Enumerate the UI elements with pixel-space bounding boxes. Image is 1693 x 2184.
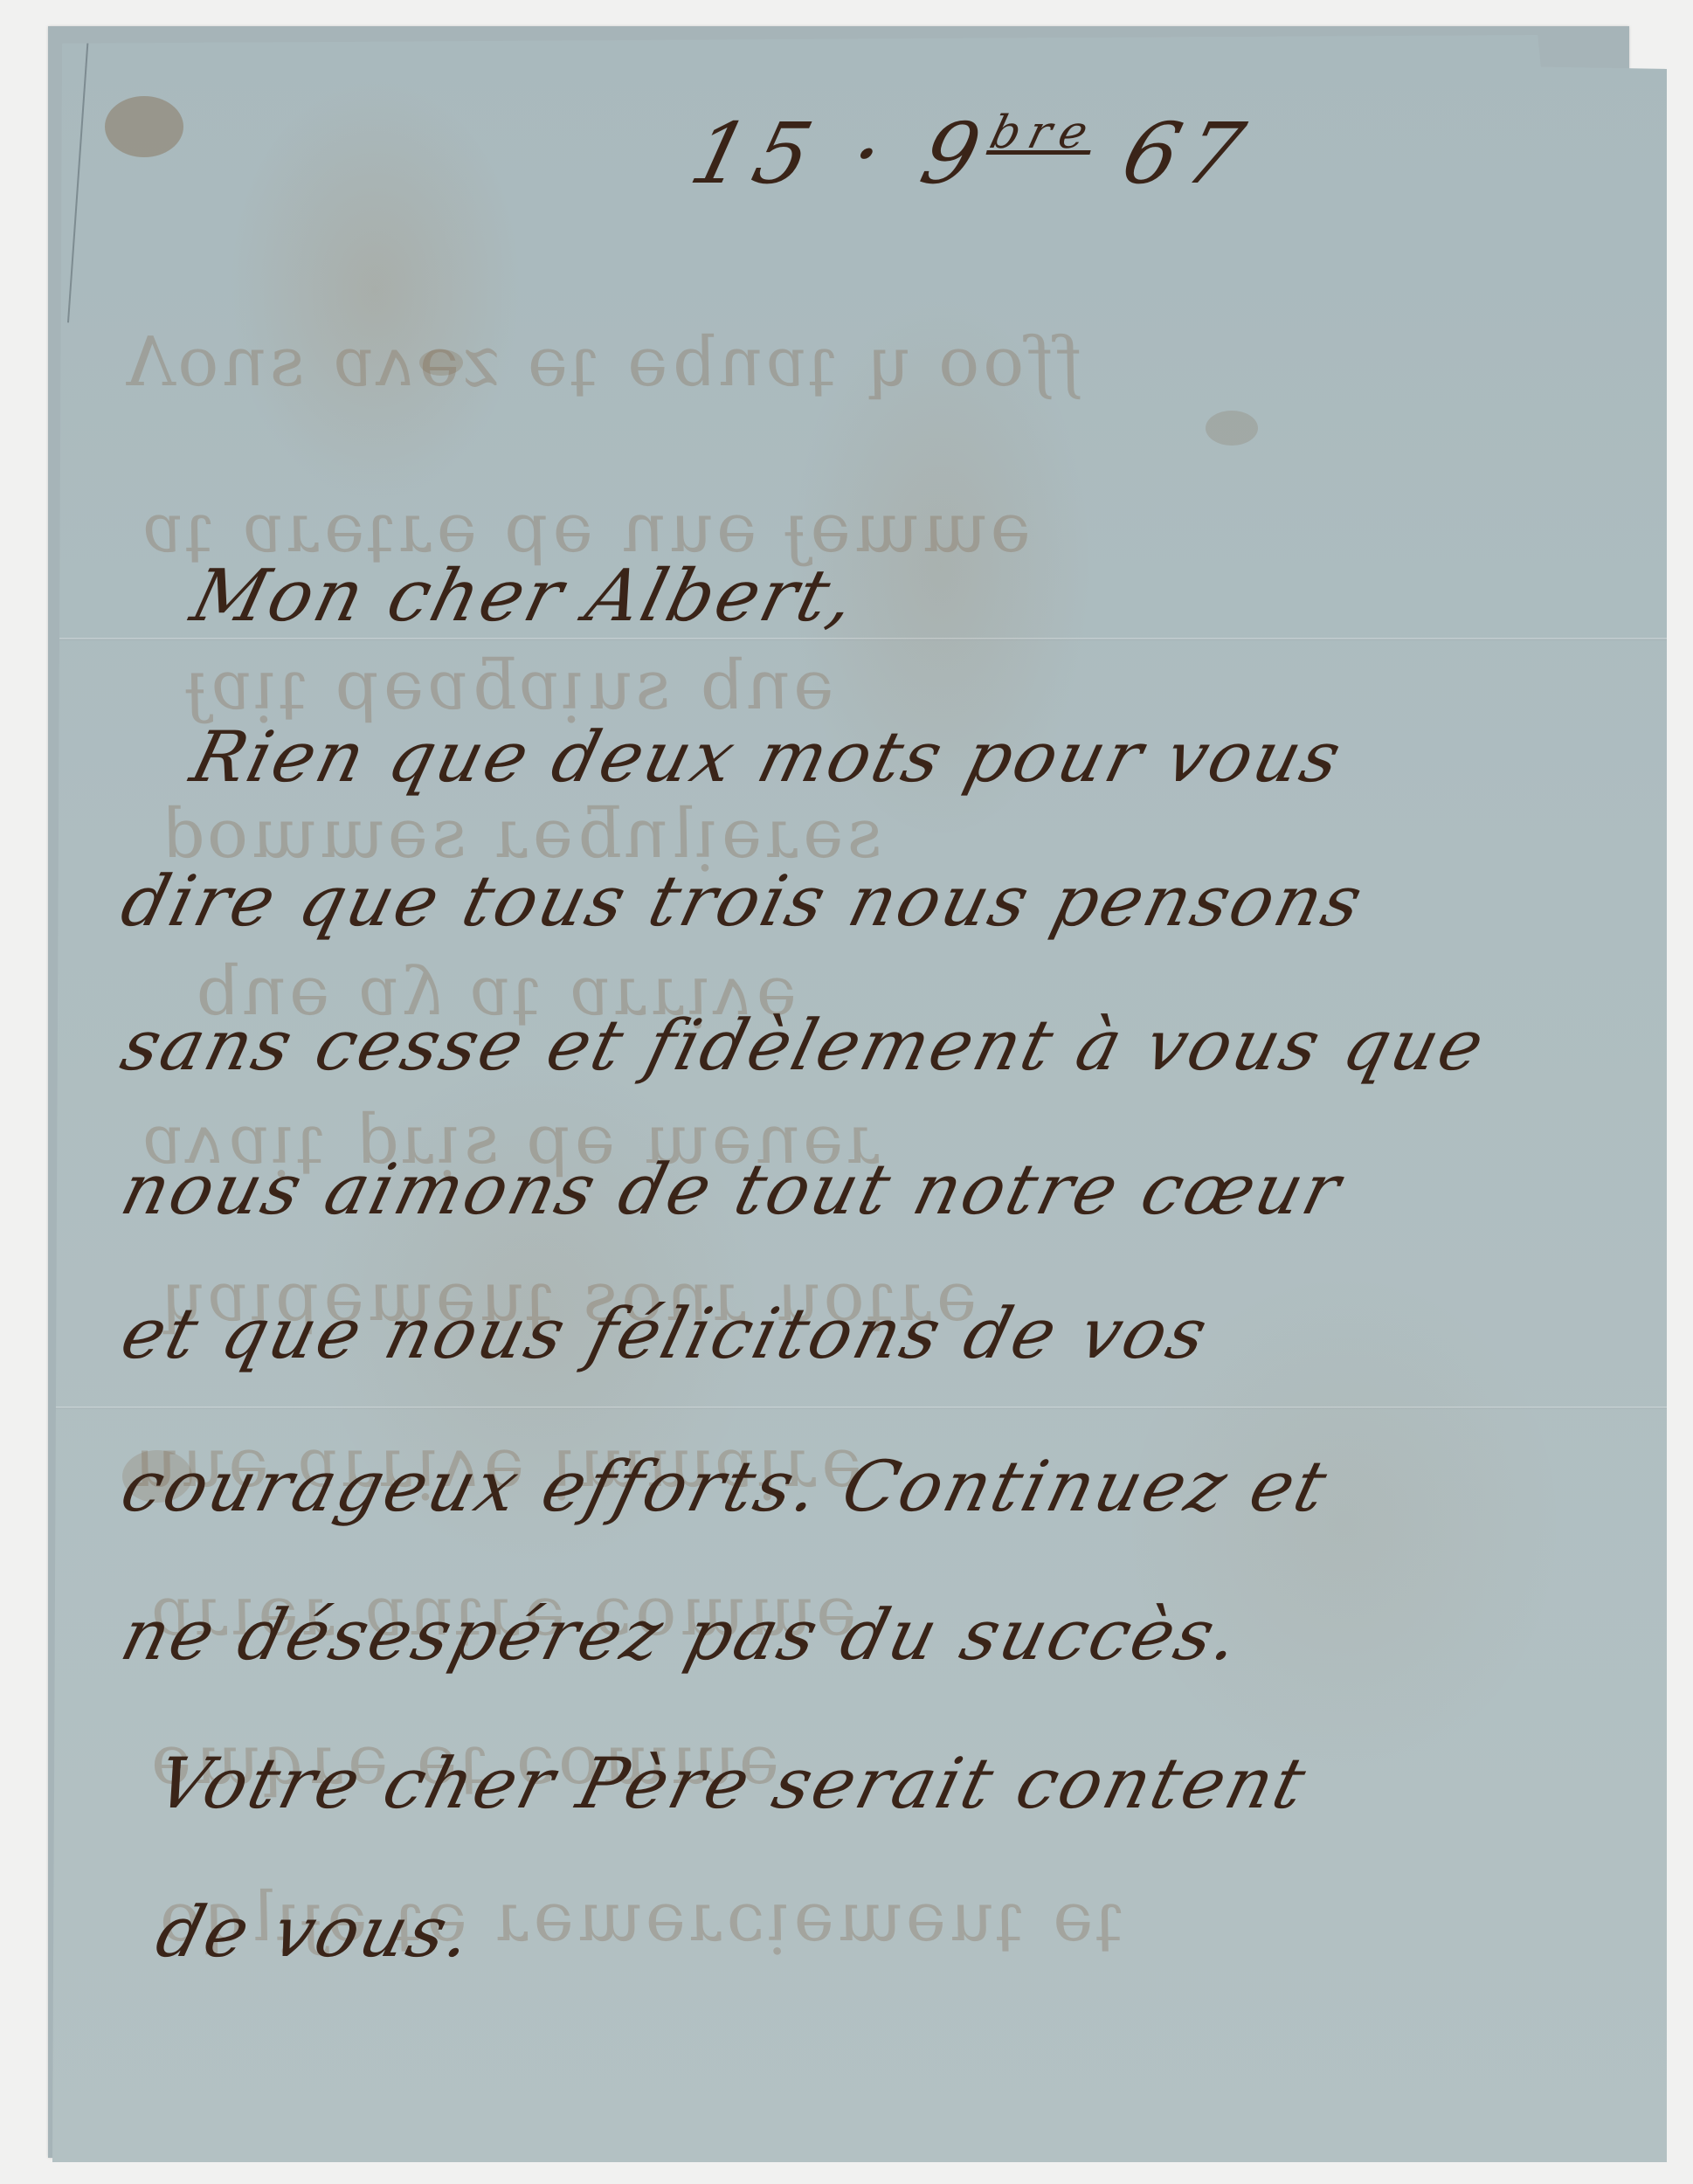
- date-year: 67: [1113, 105, 1261, 203]
- letter-body-line: dire que tous trois nous pensons: [114, 860, 1372, 942]
- letter-body-line: ne désespérez pas du succès.: [114, 1594, 1250, 1676]
- letter-page: ffoo ɥ ʇɐnbǝ ʇǝ zǝʌɐ snoΛ ǝɯɯǝɟ ǝun ǝp ǝ…: [52, 35, 1667, 2162]
- letter-body-line: nous aimons de tout notre cœur: [114, 1149, 1351, 1230]
- reverse-show-through: ffoo ɥ ʇɐnbǝ ʇǝ zǝʌɐ snoΛ ǝɯɯǝɟ ǝun ǝp ǝ…: [52, 35, 1667, 2162]
- fold-line: [52, 1406, 1667, 1409]
- letter-body-line: courageux efforts. Continuez et: [114, 1446, 1337, 1527]
- page-crease: [67, 35, 89, 322]
- letter-body-line: et que nous félicitons de vos: [114, 1293, 1218, 1374]
- letter-body-line: Rien que deux mots pour vous: [183, 716, 1351, 798]
- ink-stain: [105, 96, 183, 157]
- date-month-suffix: bre: [985, 107, 1102, 159]
- fold-line: [52, 638, 1667, 640]
- letter-body-line: sans cesse et fidèlement à vous que: [114, 1005, 1494, 1086]
- letter-body-line: de vous.: [149, 1891, 483, 1973]
- ink-stain: [419, 349, 463, 376]
- letter-date: 15 · 9bre 67: [681, 105, 1261, 203]
- ink-stain: [1206, 411, 1258, 446]
- date-day: 15: [681, 105, 830, 203]
- letter-salutation: Mon cher Albert,: [183, 555, 866, 638]
- letter-body-line: Votre cher Père serait content: [149, 1743, 1316, 1824]
